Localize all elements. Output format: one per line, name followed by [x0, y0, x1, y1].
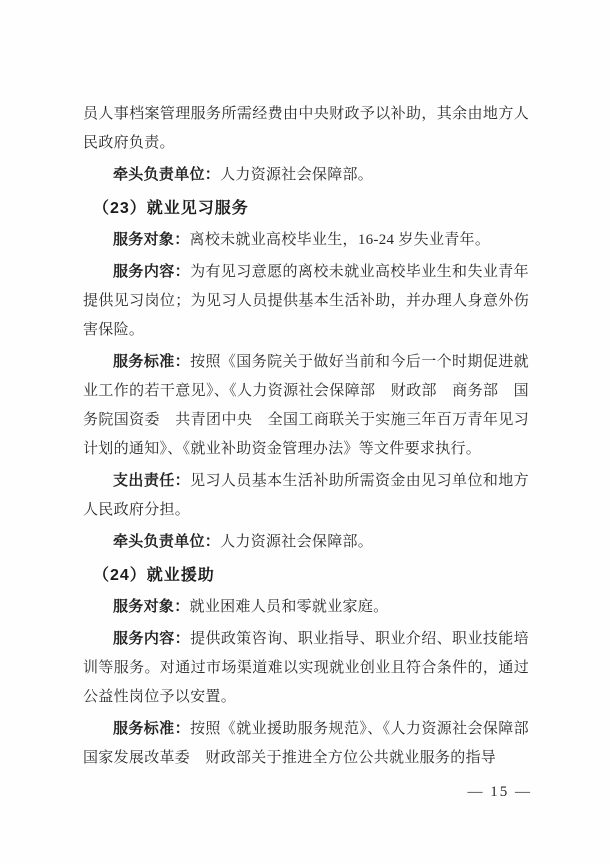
paragraph-service-content: 服务内容：为有见习意愿的离校未就业高校毕业生和失业青年提供见习岗位；为见习人员提… [83, 258, 529, 345]
paragraph-text: 就业困难人员和零就业家庭。 [190, 599, 389, 615]
paragraph-label: 服务内容： [113, 264, 190, 280]
paragraph-text: 人力资源社会保障部。 [220, 534, 373, 550]
paragraph-service-content: 服务内容：提供政策咨询、职业指导、职业介绍、职业技能培训等服务。对通过市场渠道难… [83, 625, 529, 712]
paragraph-service-target: 服务对象：就业困难人员和零就业家庭。 [83, 593, 529, 622]
paragraph-label: 服务标准： [113, 354, 190, 370]
paragraph-lead-unit: 牵头负责单位：人力资源社会保障部。 [83, 161, 529, 190]
paragraph-label: 牵头负责单位： [113, 167, 220, 183]
paragraph-label: 服务内容： [113, 631, 190, 647]
document-page: 员人事档案管理服务所需经费由中央财政予以补助，其余由地方人民政府负责。 牵头负责… [0, 0, 610, 864]
paragraph-label: 支出责任： [113, 473, 190, 489]
page-number: — 15 — [468, 782, 533, 802]
paragraph-label: 服务对象： [113, 232, 190, 248]
paragraph-text: 离校未就业高校毕业生，16-24 岁失业青年。 [190, 232, 491, 248]
paragraph-service-standard: 服务标准：按照《国务院关于做好当前和今后一个时期促进就业工作的若干意见》、《人力… [83, 348, 529, 464]
paragraph-lead-unit: 牵头负责单位：人力资源社会保障部。 [83, 528, 529, 557]
section-heading-24: （24）就业援助 [83, 561, 529, 590]
paragraph-service-target: 服务对象：离校未就业高校毕业生，16-24 岁失业青年。 [83, 226, 529, 255]
paragraph-label: 服务标准： [113, 721, 190, 737]
paragraph-service-standard: 服务标准：按照《就业援助服务规范》、《人力资源社会保障部 国家发展改革委 财政部… [83, 715, 529, 773]
paragraph-expenditure: 支出责任：见习人员基本生活补助所需资金由见习单位和地方人民政府分担。 [83, 467, 529, 525]
document-content: 员人事档案管理服务所需经费由中央财政予以补助，其余由地方人民政府负责。 牵头负责… [83, 100, 529, 773]
paragraph-continuation: 员人事档案管理服务所需经费由中央财政予以补助，其余由地方人民政府负责。 [83, 100, 529, 158]
paragraph-text: 人力资源社会保障部。 [220, 167, 373, 183]
section-heading-23: （23）就业见习服务 [83, 194, 529, 223]
paragraph-text: 员人事档案管理服务所需经费由中央财政予以补助，其余由地方人民政府负责。 [83, 106, 529, 151]
paragraph-label: 服务对象： [113, 599, 190, 615]
paragraph-label: 牵头负责单位： [113, 534, 220, 550]
